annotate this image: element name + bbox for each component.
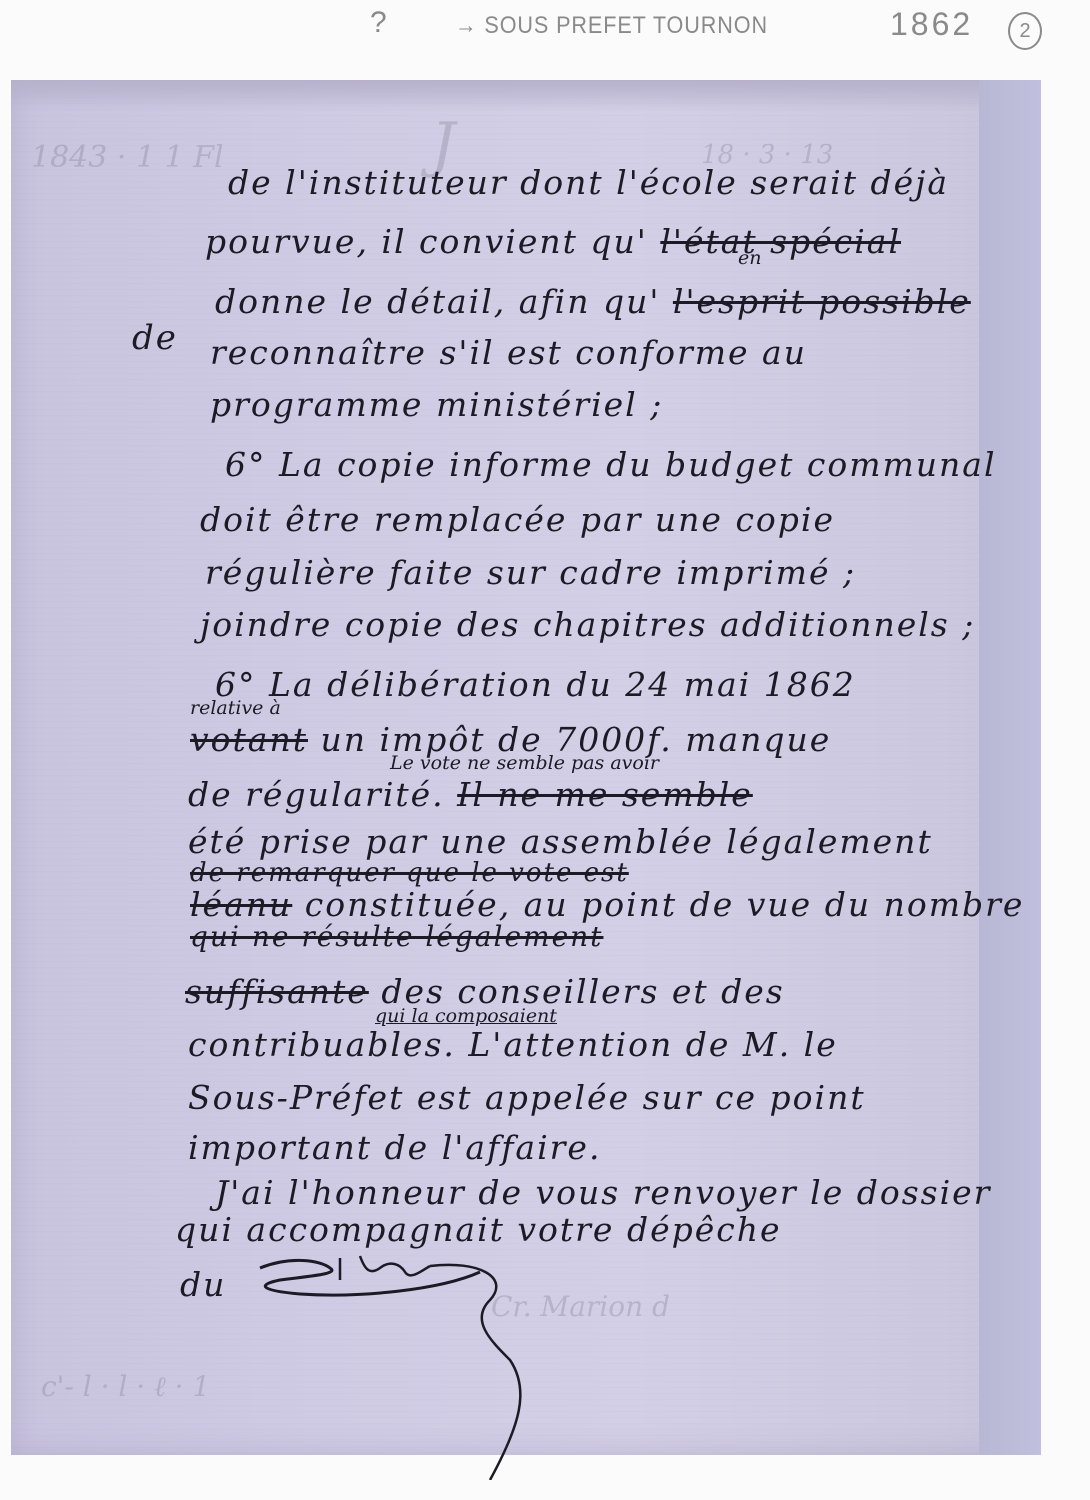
- struck-text: l'état spécial: [660, 222, 901, 261]
- manuscript-line-4: reconnaître s'il est conforme au: [210, 333, 807, 372]
- manuscript-line-13: été prise par une assemblée légalement: [188, 822, 933, 861]
- insertion-text: qui la composaient: [375, 1005, 557, 1027]
- signature-flourish-icon: [190, 1250, 530, 1480]
- year-annotation: 1862: [890, 6, 973, 56]
- struck-line: de remarquer que le vote est: [190, 858, 629, 888]
- question-mark-annotation: ?: [370, 6, 388, 56]
- manuscript-line-10: 6° La délibération du 24 mai 1862: [215, 665, 856, 704]
- manuscript-line-14: léanu constituée, au point de vue du nom…: [190, 885, 1024, 924]
- manuscript-line-2: pourvue, il convient qu' l'état spécial: [205, 222, 901, 261]
- line-text: donne le détail, afin qu': [215, 282, 660, 321]
- manuscript-line-1: de l'instituteur dont l'école serait déj…: [228, 163, 949, 202]
- struck-text: Il ne me semble: [457, 775, 753, 814]
- manuscript-line-12: de régularité. Il ne me semble: [188, 775, 753, 814]
- page-edge-strip: [979, 80, 1041, 1455]
- line-text: de régularité.: [188, 775, 445, 814]
- manuscript-line-20: qui accompagnait votre dépêche: [175, 1210, 782, 1249]
- insertion-text: relative à: [190, 697, 281, 719]
- manuscript-line-3: donne le détail, afin qu' l'esprit possi…: [215, 282, 971, 321]
- manuscript-line-17: Sous-Préfet est appelée sur ce point: [188, 1078, 866, 1117]
- manuscript-line-8: régulière faite sur cadre imprimé ;: [205, 553, 856, 592]
- struck-line: qui ne résulte légalement: [190, 920, 603, 953]
- page-fold-shadow: [11, 80, 1041, 110]
- insertion-text: Le vote ne semble pas avoir: [390, 752, 659, 774]
- margin-note: de: [132, 318, 178, 358]
- bleed-through-text: c'- l · l · ℓ · 1: [41, 1370, 210, 1404]
- manuscript-line-18: important de l'affaire.: [188, 1128, 601, 1167]
- insertion-text: en: [738, 247, 761, 269]
- line-text: pourvue, il convient qu': [205, 222, 648, 261]
- manuscript-line-9: joindre copie des chapitres additionnels…: [200, 605, 975, 644]
- manuscript-line-19: J'ai l'honneur de vous renvoyer le dossi…: [215, 1173, 991, 1212]
- bleed-through-text: 1843 · 1 1 Fl: [31, 140, 224, 175]
- manuscript-line-5: programme ministériel ;: [210, 385, 663, 424]
- manuscript-line-16: contribuables. L'attention de M. le: [188, 1025, 838, 1064]
- struck-text: l'esprit possible: [673, 282, 971, 321]
- manuscript-line-7: doit être remplacée par une copie: [200, 500, 835, 539]
- line-text: constituée, au point de vue du nombre: [305, 885, 1025, 924]
- struck-text: votant: [190, 720, 308, 759]
- page-number-badge: 2: [1008, 12, 1042, 50]
- manuscript-line-6: 6° La copie informe du budget communal: [225, 445, 997, 484]
- destination-annotation: → SOUS PREFET TOURNON: [455, 12, 768, 62]
- struck-text: suffisante: [185, 972, 369, 1011]
- struck-text: léanu: [190, 885, 292, 924]
